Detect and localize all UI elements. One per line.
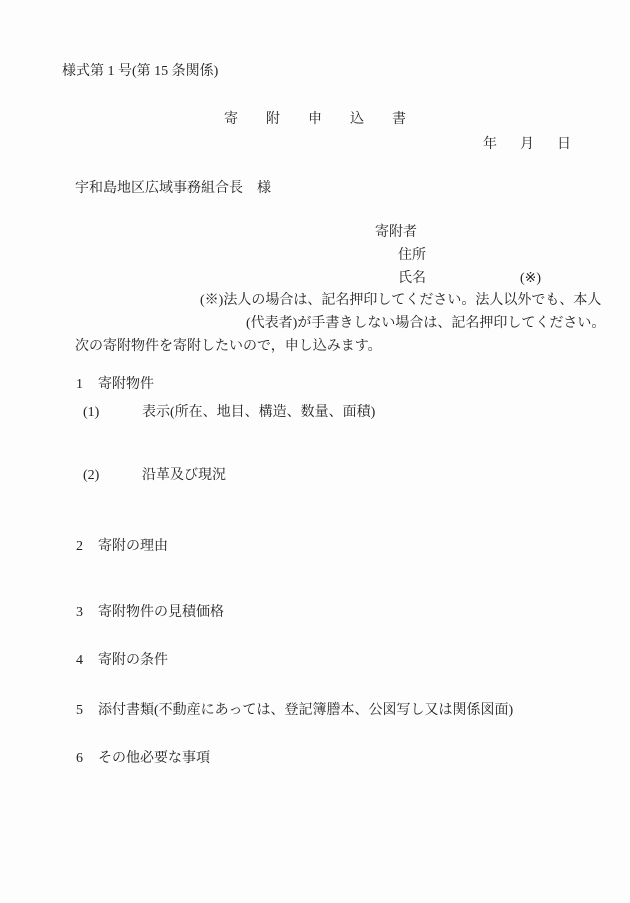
addressee-line: 宇和島地区広域事務組合長 様 (75, 181, 271, 196)
sub-item-number: (1) (83, 405, 142, 420)
donor-name-label: 氏名 (398, 271, 426, 286)
form-number: 様式第 1 号(第 15 条関係) (62, 64, 218, 79)
item-other-necessary-matters: 6その他必要な事項 (62, 736, 210, 781)
item-number: 3 (76, 605, 98, 620)
donor-name-note-mark: (※) (520, 271, 541, 286)
sub-item-description: (1)表示(所在、地目、構造、数量、面積) (69, 390, 375, 435)
item-label: 寄附物件の見積価格 (98, 605, 224, 620)
item-donation-reason: 2寄附の理由 (62, 524, 168, 569)
date-month-label: 月 (520, 137, 534, 152)
item-number: 5 (76, 703, 98, 718)
sub-item-number: (2) (83, 468, 142, 483)
sub-item-history: (2)沿革及び現況 (69, 453, 226, 498)
item-label: 寄附の理由 (98, 539, 168, 554)
date-year-label: 年 (483, 137, 497, 152)
item-estimated-value: 3寄附物件の見積価格 (62, 590, 224, 635)
date-day-label: 日 (557, 137, 571, 152)
date-line: 年 月 日 (483, 137, 571, 152)
note-line-1: (※)法人の場合は、記名押印してください。法人以外でも、本人 (200, 293, 601, 308)
item-label: 寄附の条件 (98, 653, 168, 668)
item-number: 6 (76, 751, 98, 766)
intro-sentence: 次の寄附物件を寄附したいので，申し込みます。 (75, 339, 382, 354)
sub-item-label: 沿革及び現況 (142, 468, 226, 483)
item-attached-documents: 5添付書類(不動産にあっては、登記簿謄本、公図写し又は関係図面) (62, 688, 513, 733)
donor-address-label: 住所 (398, 248, 426, 263)
item-label: 添付書類(不動産にあっては、登記簿謄本、公図写し又は関係図面) (98, 703, 513, 718)
donor-label: 寄附者 (375, 225, 417, 240)
item-number: 2 (76, 539, 98, 554)
document-page: 様式第 1 号(第 15 条関係) 寄 附 申 込 書 年 月 日 宇和島地区広… (0, 0, 630, 903)
document-title: 寄 附 申 込 書 (0, 112, 630, 127)
item-label: その他必要な事項 (98, 751, 210, 766)
note-line-2: (代表者)が手書きしない場合は、記名押印してください。 (246, 316, 605, 331)
item-donation-conditions: 4寄附の条件 (62, 638, 168, 683)
sub-item-label: 表示(所在、地目、構造、数量、面積) (142, 405, 375, 420)
item-number: 4 (76, 653, 98, 668)
